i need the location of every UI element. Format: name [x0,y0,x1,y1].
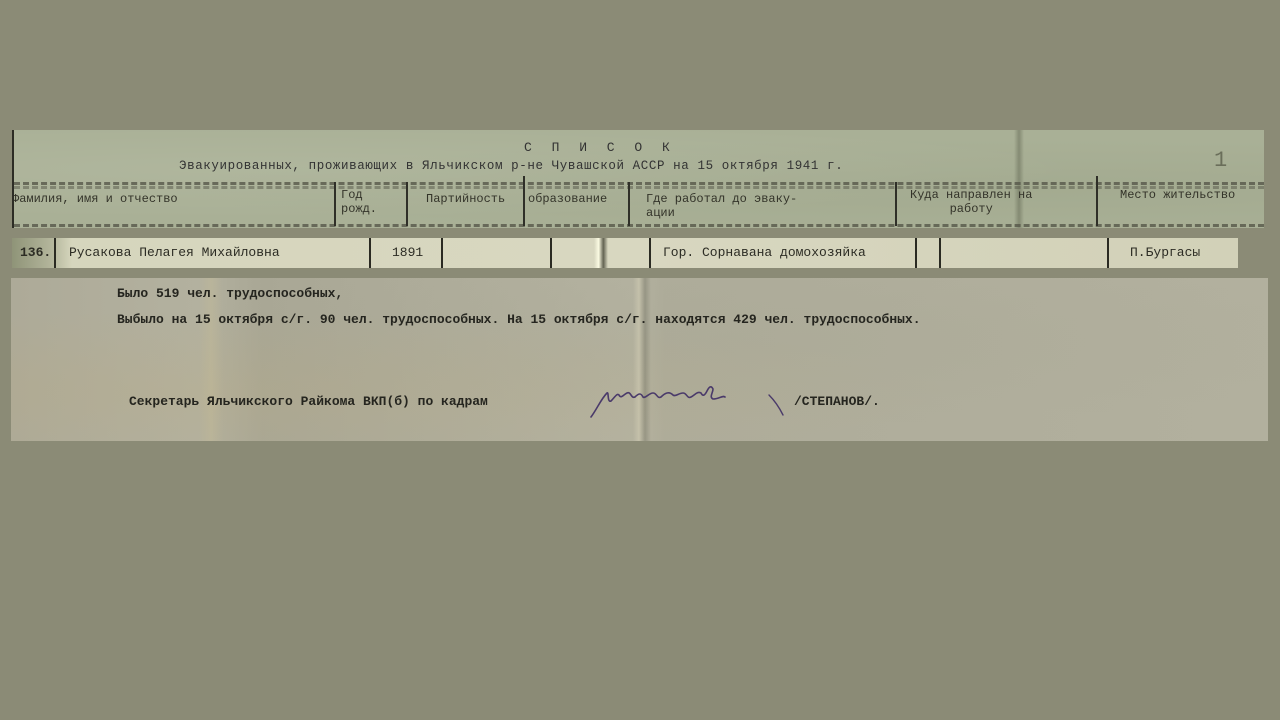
row-divider [939,238,941,268]
handwritten-signature-icon [589,381,789,421]
column-divider [1096,176,1098,226]
page-number-mark: 1 [1214,148,1228,173]
column-header-previous-work: Где работал до эваку- ации [646,192,797,220]
document-title: С П И С О К [524,140,676,155]
column-divider [895,182,897,226]
column-header-education: образование [528,192,607,206]
signer-name: /СТЕПАНОВ/. [794,394,880,409]
paper-fold [594,238,608,268]
column-divider [406,182,408,226]
summary-total-line: Было 519 чел. трудоспособных, [117,286,343,301]
row-divider [915,238,917,268]
row-divider [649,238,651,268]
column-header-birth-year: Год рожд. [341,188,377,216]
row-divider [441,238,443,268]
record-row: 136. Русакова Пелагея Михайловна 1891 Го… [12,238,1238,268]
record-number: 136. [20,245,51,260]
row-divider [550,238,552,268]
table-bottom-rule [14,224,1264,227]
column-header-residence: Место жительство [1120,188,1235,202]
column-divider [334,182,336,226]
paper-stain [199,278,223,441]
summary-departed-line: Выбыло на 15 октября с/г. 90 чел. трудос… [117,312,921,327]
column-divider [628,182,630,226]
column-header-party: Партийность [426,192,505,206]
row-divider [54,238,56,268]
list-header-strip: С П И С О К Эвакуированных, проживающих … [12,130,1264,228]
record-residence: П.Бургасы [1130,245,1200,260]
column-header-name: Фамилия, имя и отчество [12,192,178,206]
record-full-name: Русакова Пелагея Михайловна [69,245,280,260]
record-previous-work: Гор. Сорнавана домохозяйка [663,245,866,260]
document-subtitle: Эвакуированных, проживающих в Яльчикском… [179,159,843,173]
table-top-rule [14,182,1264,185]
column-divider [523,176,525,226]
column-header-assigned-work: Куда направлен на работу [910,188,1032,216]
summary-strip: Было 519 чел. трудоспособных, Выбыло на … [11,278,1268,441]
record-birth-year: 1891 [392,245,423,260]
signature-title: Секретарь Яльчикского Райкома ВКП(б) по … [129,394,488,409]
table-top-rule-2 [14,186,1264,189]
row-divider [1107,238,1109,268]
row-divider [369,238,371,268]
